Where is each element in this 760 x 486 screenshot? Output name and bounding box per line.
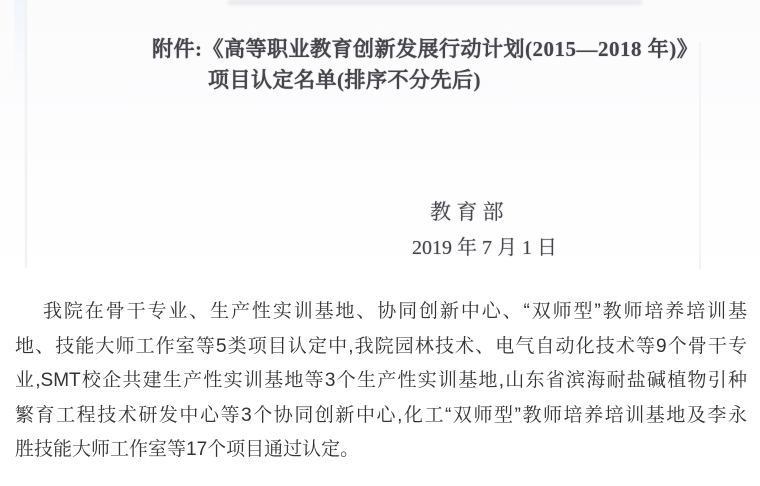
attachment-title: 附件:《高等职业教育创新发展行动计划(2015—2018 年)》 项目认定名单(… — [152, 34, 698, 96]
scan-artifact-left-line — [25, 0, 27, 268]
paragraph-lines: 我院在骨干专业、生产性实训基地、协同创新中心、“双师型”教师培养培训基地、技能大… — [15, 295, 747, 468]
paragraph-line: 我院在骨干专业、生产性实训基地、协同创新中心、“双师型”教师培养培训基 — [15, 295, 747, 330]
attachment-title-line2: 项目认定名单(排序不分先后) — [208, 65, 698, 96]
paragraph-line: 繁育工程技术研发中心等3个协同创新中心,化工“双师型”教师培养培训基地及李永 — [15, 399, 747, 434]
scan-artifact-cropped-text — [228, 0, 642, 5]
paragraph-line: 业,SMT校企共建生产性实训基地等3个生产性实训基地,山东省滨海耐盐碱植物引种 — [15, 364, 747, 399]
issuer-ministry-of-education: 教 育 部 — [430, 196, 504, 226]
issue-date: 2019 年 7 月 1 日 — [412, 231, 557, 260]
scan-artifact-right-line — [699, 42, 701, 270]
scan-artifact-left-tint — [14, 0, 25, 90]
attachment-title-line1: 附件:《高等职业教育创新发展行动计划(2015—2018 年)》 — [152, 34, 698, 65]
paragraph-line: 胜技能大师工作室等17个项目通过认定。 — [15, 433, 747, 468]
scanned-notice: 附件:《高等职业教育创新发展行动计划(2015—2018 年)》 项目认定名单(… — [0, 0, 760, 284]
document-page: 附件:《高等职业教育创新发展行动计划(2015—2018 年)》 项目认定名单(… — [0, 0, 760, 468]
summary-paragraph: 我院在骨干专业、生产性实训基地、协同创新中心、“双师型”教师培养培训基地、技能大… — [0, 284, 760, 468]
paragraph-line: 地、技能大师工作室等5类项目认定中,我院园林技术、电气自动化技术等9个骨干专 — [15, 330, 747, 365]
